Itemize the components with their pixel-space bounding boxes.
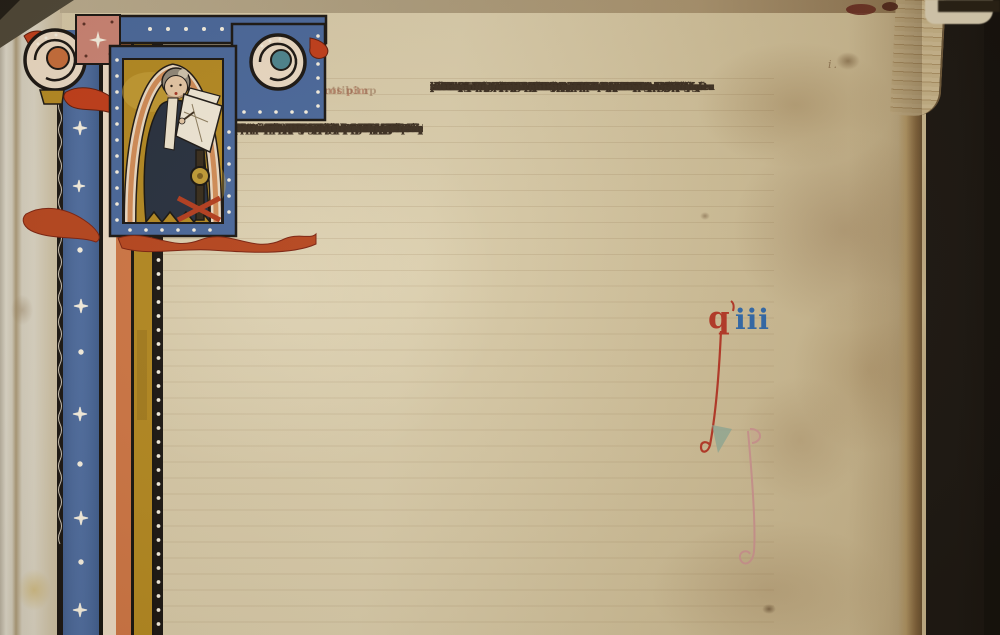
quire-mark-blue: iii: [735, 303, 770, 336]
initial-panel: [110, 46, 236, 236]
manuscript-photo: ros pimuttib3 rp rater ambrosius mi tua …: [0, 0, 1000, 635]
text-column-right: de consciã in se tanti hospitis. loqueba…: [430, 79, 730, 631]
top-right-gap: [938, 0, 1000, 12]
red-flourish-bottom: [118, 234, 316, 252]
paraph-triangle: [712, 425, 732, 453]
background-dark-edge: [984, 0, 1000, 635]
illuminated-initial-F: [0, 0, 340, 635]
marginal-marks: q iii: [698, 295, 798, 585]
right-volute: [232, 24, 328, 120]
page-curvature-shadow: [848, 0, 922, 635]
faded-p-flourish: [750, 429, 760, 443]
text-line: tutes epi quem breui sermone depinxit. s…: [430, 79, 684, 95]
quire-mark-red: q: [708, 300, 730, 336]
